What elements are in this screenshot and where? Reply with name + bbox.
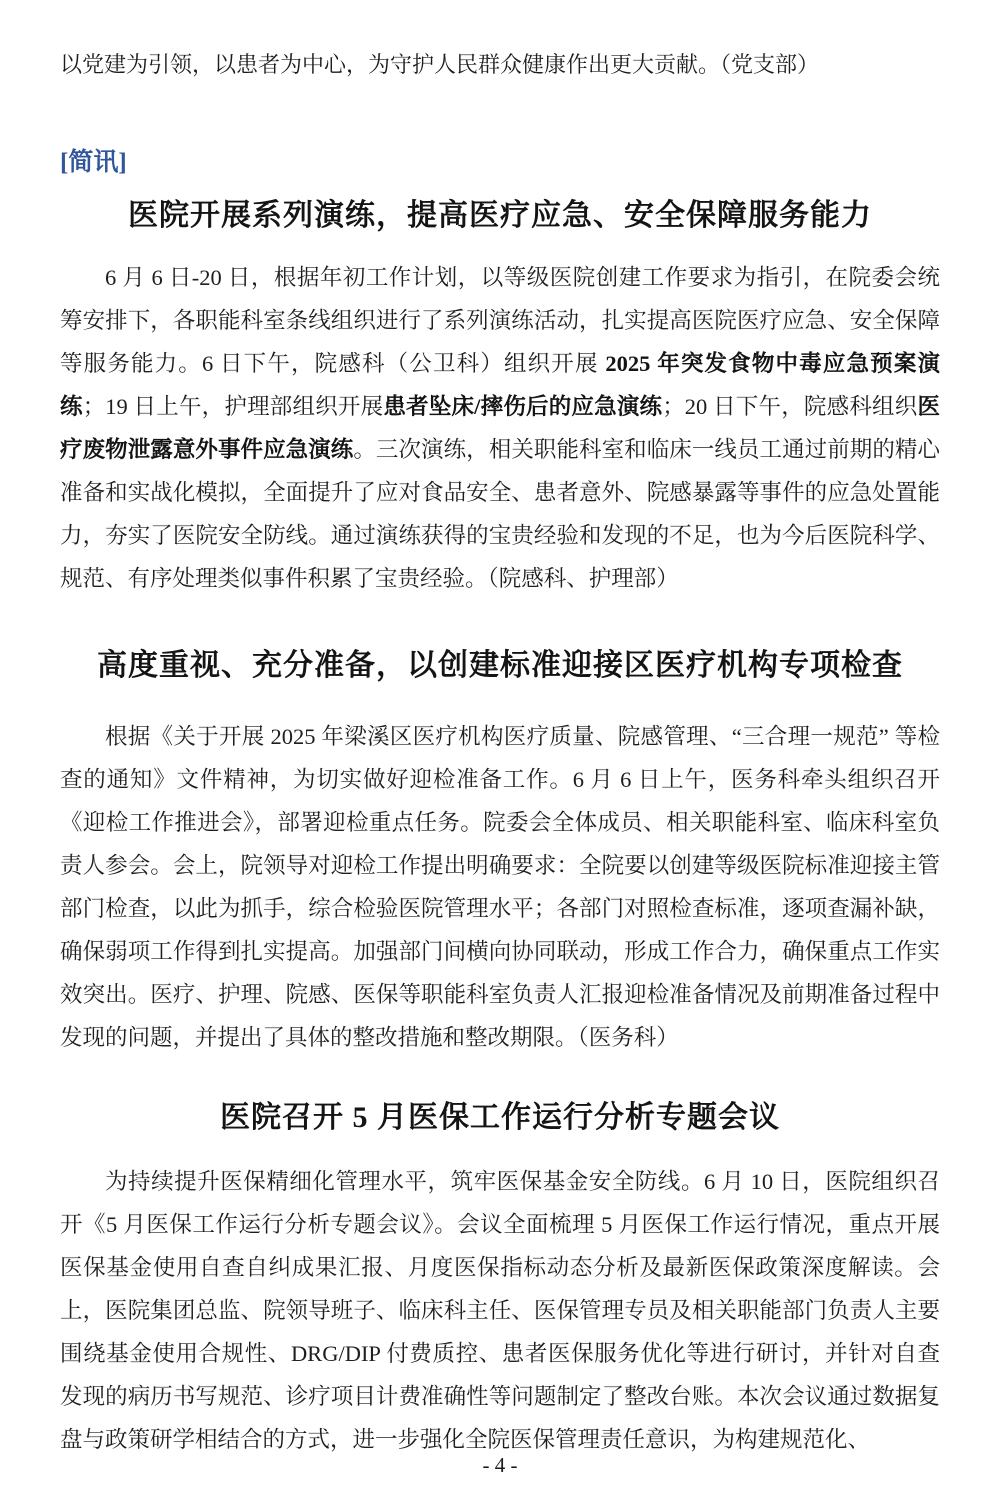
page-content: 以党建为引领，以患者为中心，为守护人民群众健康作出更大贡献。（党支部） [简讯]… <box>0 0 1000 1461</box>
emphasis-text-run: 患者坠床/摔伤后的应急演练 <box>383 394 662 419</box>
article-inspection-title: 高度重视、充分准备，以创建标准迎接区医疗机构专项检查 <box>60 645 940 687</box>
article-drills-body: 6 月 6 日-20 日，根据年初工作计划，以等级医院创建工作要求为指引，在院委… <box>60 256 940 600</box>
body-text-run: ；20 日下午，院感科组织 <box>662 394 917 419</box>
article-inspection: 高度重视、充分准备，以创建标准迎接区医疗机构专项检查 根据《关于开展 2025 … <box>60 645 940 1059</box>
article-insurance-meeting-body: 为持续提升医保精细化管理水平，筑牢医保基金安全防线。6 月 10 日，医院组织召… <box>60 1160 940 1461</box>
article-drills: 医院开展系列演练，提高医疗应急、安全保障服务能力 6 月 6 日-20 日，根据… <box>60 195 940 600</box>
article-drills-title: 医院开展系列演练，提高医疗应急、安全保障服务能力 <box>60 195 940 237</box>
article-inspection-body: 根据《关于开展 2025 年梁溪区医疗机构医疗质量、院感管理、“三合理一规范” … <box>60 715 940 1059</box>
page-number-footer: - 4 - <box>0 1453 1000 1477</box>
newsletter-page: 以党建为引领，以患者为中心，为守护人民群众健康作出更大贡献。（党支部） [简讯]… <box>0 0 1000 1499</box>
body-text-run: ；19 日上午，护理部组织开展 <box>83 394 384 419</box>
section-tag-brief-news: [简讯] <box>60 148 940 178</box>
article-insurance-meeting-title: 医院召开 5 月医保工作运行分析专题会议 <box>60 1097 940 1139</box>
body-text-run: 为持续提升医保精细化管理水平，筑牢医保基金安全防线。6 月 10 日，医院组织召… <box>60 1169 940 1452</box>
slogan-text: 以党建为引领，以患者为中心，为守护人民群众健康作出更大贡献。（党支部） <box>60 0 940 78</box>
body-text-run: 根据《关于开展 2025 年梁溪区医疗机构医疗质量、院感管理、“三合理一规范” … <box>60 724 940 1050</box>
article-insurance-meeting: 医院召开 5 月医保工作运行分析专题会议 为持续提升医保精细化管理水平，筑牢医保… <box>60 1097 940 1461</box>
